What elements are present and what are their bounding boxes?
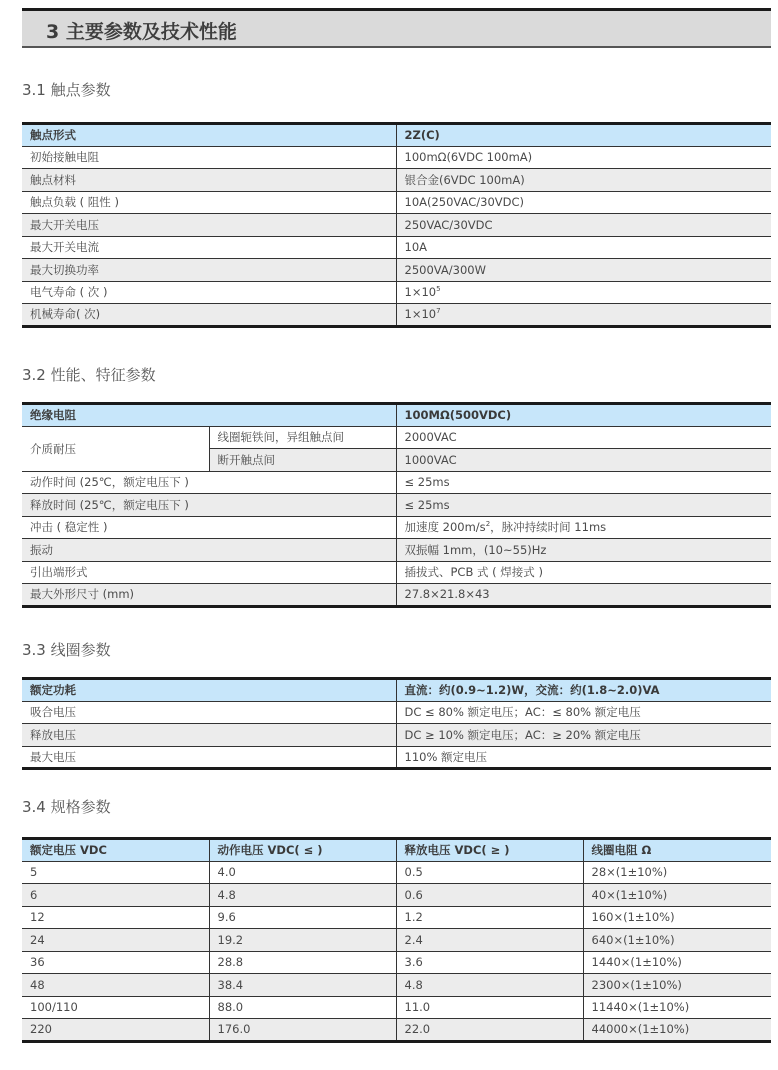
table-row: 36 28.8 3.6 1440×(1±10%) <box>22 951 771 974</box>
table-row: 触点负载 ( 阻性 ) 10A(250VAC/30VDC) <box>22 191 771 214</box>
param-value: 250VAC/30VDC <box>396 214 771 237</box>
param-label: 冲击 ( 稳定性 ) <box>22 516 396 539</box>
section-heading-coil: 3.3 线圈参数 <box>22 639 111 660</box>
chapter-title-bar: 3 主要参数及技术性能 <box>22 8 771 48</box>
param-label: 引出端形式 <box>22 561 396 584</box>
cell: 36 <box>22 951 209 974</box>
param-value: 1×105 <box>396 281 771 304</box>
param-label: 介质耐压 <box>22 426 209 471</box>
cell: 160×(1±10%) <box>583 906 771 929</box>
cell: 4.8 <box>209 884 396 907</box>
table-row: 220 176.0 22.0 44000×(1±10%) <box>22 1019 771 1042</box>
param-label: 释放电压 <box>22 724 396 747</box>
cell: 48 <box>22 974 209 997</box>
value-text: 加速度 200m/s <box>405 520 486 534</box>
cell: 0.6 <box>396 884 583 907</box>
cell: 4.8 <box>396 974 583 997</box>
header-cell: 2Z(C) <box>396 124 771 147</box>
cell: 4.0 <box>209 861 396 884</box>
param-label: 最大开关电流 <box>22 236 396 259</box>
param-value: 1×107 <box>396 304 771 327</box>
table-row: 初始接触电阻 100mΩ(6VDC 100mA) <box>22 146 771 169</box>
cell: 220 <box>22 1019 209 1042</box>
table-row: 48 38.4 4.8 2300×(1±10%) <box>22 974 771 997</box>
table-row: 最大外形尺寸 (mm) 27.8×21.8×43 <box>22 584 771 607</box>
param-value: 加速度 200m/s2，脉冲持续时间 11ms <box>396 516 771 539</box>
param-label: 电气寿命 ( 次 ) <box>22 281 396 304</box>
param-sublabel: 断开触点间 <box>209 449 396 472</box>
param-value: 27.8×21.8×43 <box>396 584 771 607</box>
cell: 11440×(1±10%) <box>583 996 771 1019</box>
param-value: 10A <box>396 236 771 259</box>
cell: 2.4 <box>396 929 583 952</box>
param-value: 100mΩ(6VDC 100mA) <box>396 146 771 169</box>
table-row: 释放时间 (25℃，额定电压下 ) ≤ 25ms <box>22 494 771 517</box>
table-header-row: 额定功耗 直流：约(0.9~1.2)W，交流：约(1.8~2.0)VA <box>22 679 771 702</box>
param-label: 机械寿命( 次) <box>22 304 396 327</box>
param-value: 2500VA/300W <box>396 259 771 282</box>
header-cell: 触点形式 <box>22 124 396 147</box>
table-row: 电气寿命 ( 次 ) 1×105 <box>22 281 771 304</box>
param-sublabel: 线圈轭铁间，异组触点间 <box>209 426 396 449</box>
param-value: 2000VAC <box>396 426 771 449</box>
table-row: 6 4.8 0.6 40×(1±10%) <box>22 884 771 907</box>
param-label: 吸合电压 <box>22 701 396 724</box>
cell: 44000×(1±10%) <box>583 1019 771 1042</box>
chapter-title: 3 主要参数及技术性能 <box>46 17 237 44</box>
cell: 1.2 <box>396 906 583 929</box>
table-row: 引出端形式 插拔式、PCB 式 ( 焊接式 ) <box>22 561 771 584</box>
table-row: 吸合电压 DC ≤ 80% 额定电压；AC：≤ 80% 额定电压 <box>22 701 771 724</box>
param-label: 振动 <box>22 539 396 562</box>
param-value: ≤ 25ms <box>396 494 771 517</box>
param-label: 触点材料 <box>22 169 396 192</box>
cell: 3.6 <box>396 951 583 974</box>
table-header-row: 触点形式 2Z(C) <box>22 124 771 147</box>
param-label: 释放时间 (25℃，额定电压下 ) <box>22 494 396 517</box>
table-row: 24 19.2 2.4 640×(1±10%) <box>22 929 771 952</box>
param-label: 最大开关电压 <box>22 214 396 237</box>
cell: 100/110 <box>22 996 209 1019</box>
param-value: 1000VAC <box>396 449 771 472</box>
table-row: 冲击 ( 稳定性 ) 加速度 200m/s2，脉冲持续时间 11ms <box>22 516 771 539</box>
value-base: 1×10 <box>405 307 437 321</box>
cell: 24 <box>22 929 209 952</box>
param-value: 110% 额定电压 <box>396 746 771 769</box>
column-header: 动作电压 VDC( ≤ ) <box>209 839 396 862</box>
cell: 12 <box>22 906 209 929</box>
value-exponent: 7 <box>436 307 440 315</box>
cell: 176.0 <box>209 1019 396 1042</box>
param-value: ≤ 25ms <box>396 471 771 494</box>
table-row: 100/110 88.0 11.0 11440×(1±10%) <box>22 996 771 1019</box>
param-label: 最大切换功率 <box>22 259 396 282</box>
cell: 9.6 <box>209 906 396 929</box>
param-label: 触点负载 ( 阻性 ) <box>22 191 396 214</box>
param-label: 最大外形尺寸 (mm) <box>22 584 396 607</box>
param-value: 银合金(6VDC 100mA) <box>396 169 771 192</box>
table-row: 介质耐压 线圈轭铁间，异组触点间 2000VAC <box>22 426 771 449</box>
param-value: 插拔式、PCB 式 ( 焊接式 ) <box>396 561 771 584</box>
cell: 28×(1±10%) <box>583 861 771 884</box>
section-heading-performance: 3.2 性能、特征参数 <box>22 364 156 385</box>
cell: 0.5 <box>396 861 583 884</box>
cell: 2300×(1±10%) <box>583 974 771 997</box>
section-heading-contact: 3.1 触点参数 <box>22 79 111 100</box>
param-label: 最大电压 <box>22 746 396 769</box>
table-row: 振动 双振幅 1mm，(10~55)Hz <box>22 539 771 562</box>
cell: 88.0 <box>209 996 396 1019</box>
param-value: DC ≤ 80% 额定电压；AC：≤ 80% 额定电压 <box>396 701 771 724</box>
table-row: 释放电压 DC ≥ 10% 额定电压；AC：≥ 20% 额定电压 <box>22 724 771 747</box>
value-base: 1×10 <box>405 285 437 299</box>
column-header: 额定电压 VDC <box>22 839 209 862</box>
param-value: 10A(250VAC/30VDC) <box>396 191 771 214</box>
table-row: 最大切换功率 2500VA/300W <box>22 259 771 282</box>
column-header: 线圈电阻 Ω <box>583 839 771 862</box>
cell: 6 <box>22 884 209 907</box>
table-header-row: 额定电压 VDC 动作电压 VDC( ≤ ) 释放电压 VDC( ≥ ) 线圈电… <box>22 839 771 862</box>
param-value: DC ≥ 10% 额定电压；AC：≥ 20% 额定电压 <box>396 724 771 747</box>
cell: 28.8 <box>209 951 396 974</box>
table-row: 最大开关电流 10A <box>22 236 771 259</box>
header-cell: 直流：约(0.9~1.2)W，交流：约(1.8~2.0)VA <box>396 679 771 702</box>
cell: 38.4 <box>209 974 396 997</box>
coil-params-table: 额定功耗 直流：约(0.9~1.2)W，交流：约(1.8~2.0)VA 吸合电压… <box>22 677 771 770</box>
value-exponent: 5 <box>436 285 440 293</box>
cell: 1440×(1±10%) <box>583 951 771 974</box>
performance-params-table: 绝缘电阻 100MΩ(500VDC) 介质耐压 线圈轭铁间，异组触点间 2000… <box>22 402 771 608</box>
header-cell: 绝缘电阻 <box>22 404 396 427</box>
cell: 11.0 <box>396 996 583 1019</box>
cell: 640×(1±10%) <box>583 929 771 952</box>
contact-params-table: 触点形式 2Z(C) 初始接触电阻 100mΩ(6VDC 100mA) 触点材料… <box>22 122 771 328</box>
table-header-row: 绝缘电阻 100MΩ(500VDC) <box>22 404 771 427</box>
spec-params-table: 额定电压 VDC 动作电压 VDC( ≤ ) 释放电压 VDC( ≥ ) 线圈电… <box>22 837 771 1043</box>
param-label: 动作时间 (25℃，额定电压下 ) <box>22 471 396 494</box>
cell: 19.2 <box>209 929 396 952</box>
param-value: 双振幅 1mm，(10~55)Hz <box>396 539 771 562</box>
param-label: 初始接触电阻 <box>22 146 396 169</box>
cell: 5 <box>22 861 209 884</box>
column-header: 释放电压 VDC( ≥ ) <box>396 839 583 862</box>
table-row: 最大电压 110% 额定电压 <box>22 746 771 769</box>
section-heading-spec: 3.4 规格参数 <box>22 796 111 817</box>
header-cell: 额定功耗 <box>22 679 396 702</box>
table-row: 机械寿命( 次) 1×107 <box>22 304 771 327</box>
header-cell: 100MΩ(500VDC) <box>396 404 771 427</box>
value-text: ，脉冲持续时间 11ms <box>490 520 606 534</box>
table-row: 5 4.0 0.5 28×(1±10%) <box>22 861 771 884</box>
table-row: 动作时间 (25℃，额定电压下 ) ≤ 25ms <box>22 471 771 494</box>
table-row: 触点材料 银合金(6VDC 100mA) <box>22 169 771 192</box>
cell: 22.0 <box>396 1019 583 1042</box>
cell: 40×(1±10%) <box>583 884 771 907</box>
table-row: 最大开关电压 250VAC/30VDC <box>22 214 771 237</box>
table-row: 12 9.6 1.2 160×(1±10%) <box>22 906 771 929</box>
